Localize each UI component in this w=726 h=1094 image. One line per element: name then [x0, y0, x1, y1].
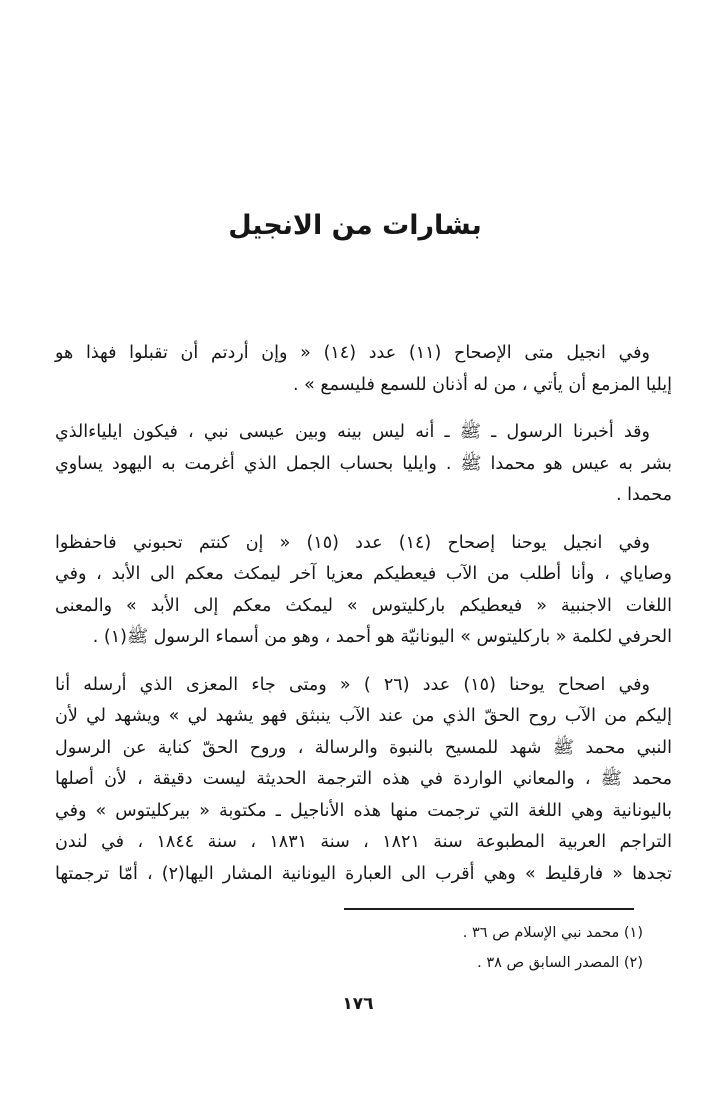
body-line: محمدا .: [55, 480, 672, 512]
body-line: وفي انجيل متى الإصحاح (١١) عدد (١٤) « وإ…: [55, 338, 672, 370]
body-line: وقد أخبرنا الرسول ـ ﷺ ـ أنه ليس بينه وبي…: [55, 417, 672, 449]
body-paragraph: وفي انجيل متى الإصحاح (١١) عدد (١٤) « وإ…: [55, 338, 672, 401]
body-line: وفي انجيل يوحنا إصحاح (١٤) عدد (١٥) « إن…: [55, 528, 672, 560]
body-line: النبي محمد ﷺ شهد للمسيح بالنبوة والرسالة…: [55, 733, 672, 765]
footnote-1: (١) محمد نبي الإسلام ص ٣٦ .: [60, 918, 643, 948]
footnote-separator: [344, 908, 634, 910]
body-line: الحرفي لكلمة « باركليتوس » اليونانيّة هو…: [55, 622, 672, 654]
footnote-2: (٢) المصدر السابق ص ٣٨ .: [60, 948, 643, 978]
body-line: إيليا المزمع أن يأتي ، من له أذنان للسمع…: [55, 370, 672, 402]
book-page-scan: بشارات من الانجيل وفي انجيل متى الإصحاح …: [0, 0, 726, 1094]
body-paragraph: وفي انجيل يوحنا إصحاح (١٤) عدد (١٥) « إن…: [55, 528, 672, 654]
body-line: وفي اصحاح يوحنا (١٥) عدد (٢٦ ) « ومتى جا…: [55, 670, 672, 702]
body-line: اللغات الاجنبية « فيعطيكم باركليتوس » لي…: [55, 591, 672, 623]
body-line: التراجم العربية المطبوعة سنة ١٨٢١ ، سنة …: [55, 827, 672, 859]
body-text: وفي انجيل متى الإصحاح (١١) عدد (١٤) « وإ…: [55, 338, 672, 906]
body-line: باليونانية وهي اللغة التي ترجمت منها هذه…: [55, 796, 672, 828]
body-paragraph: وقد أخبرنا الرسول ـ ﷺ ـ أنه ليس بينه وبي…: [55, 417, 672, 512]
page-title: بشارات من الانجيل: [0, 206, 710, 246]
body-paragraph: وفي اصحاح يوحنا (١٥) عدد (٢٦ ) « ومتى جا…: [55, 670, 672, 891]
body-line: محمد ﷺ ، والمعاني الواردة في هذه الترجمة…: [55, 764, 672, 796]
body-line: إليكم من الآب روح الحقّ الذي من عند الآب…: [55, 701, 672, 733]
page-number: ١٧٦: [0, 994, 716, 1014]
body-line: تجدها « فارقليط » وهي أقرب الى العبارة ا…: [55, 859, 672, 891]
body-line: وصاياي ، وأنا أطلب من الآب فيعطيكم معزيا…: [55, 559, 672, 591]
footnotes: (١) محمد نبي الإسلام ص ٣٦ . (٢) المصدر ا…: [60, 918, 643, 978]
body-line: بشر به عيس هو محمدا ﷺ . وايليا بحساب الج…: [55, 449, 672, 481]
